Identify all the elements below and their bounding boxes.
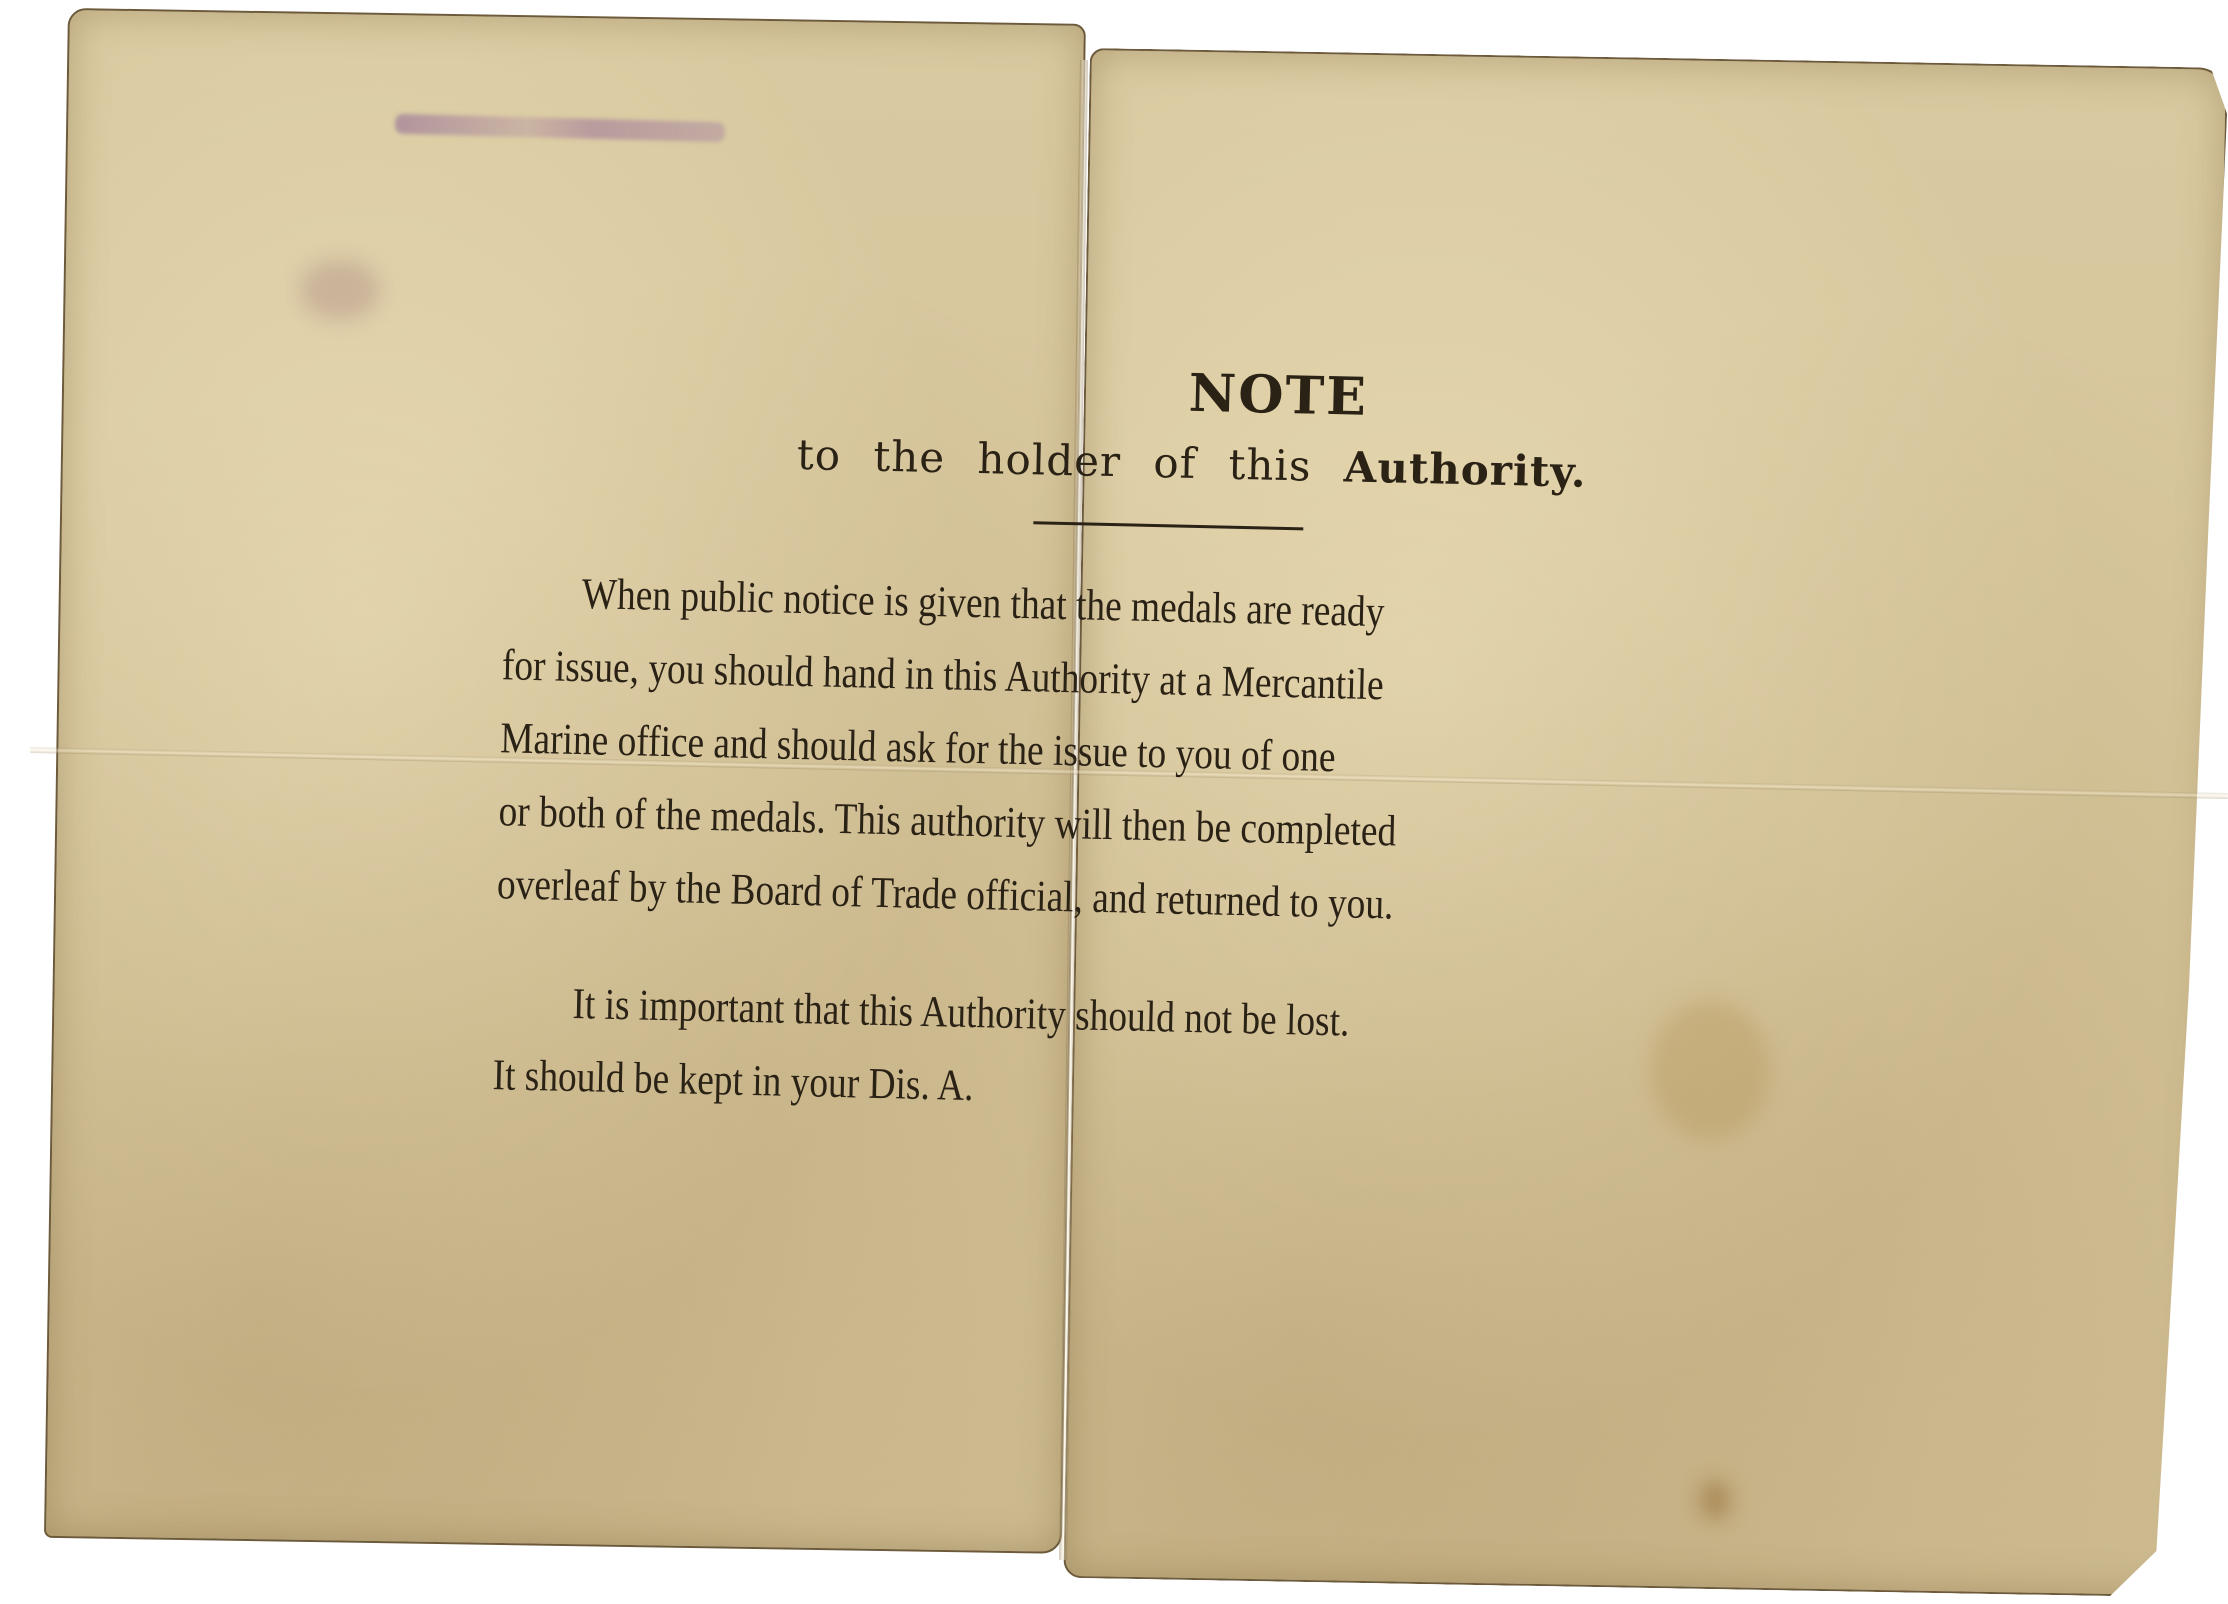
- subtitle-authority: Authority.: [1343, 442, 1587, 496]
- stain: [300, 260, 380, 320]
- paragraph-medals-issue: When public notice is given that the med…: [496, 555, 1804, 949]
- paragraph-importance: It is important that this Authority shou…: [492, 965, 1795, 1140]
- title-rule: [1033, 521, 1303, 530]
- note-subtitle: to the holder of this Authority.: [486, 423, 1827, 502]
- stain: [1700, 1480, 1730, 1520]
- subtitle-text: to the holder of this: [796, 430, 1312, 491]
- document-text: NOTE to the holder of this Authority. Wh…: [471, 345, 1829, 1175]
